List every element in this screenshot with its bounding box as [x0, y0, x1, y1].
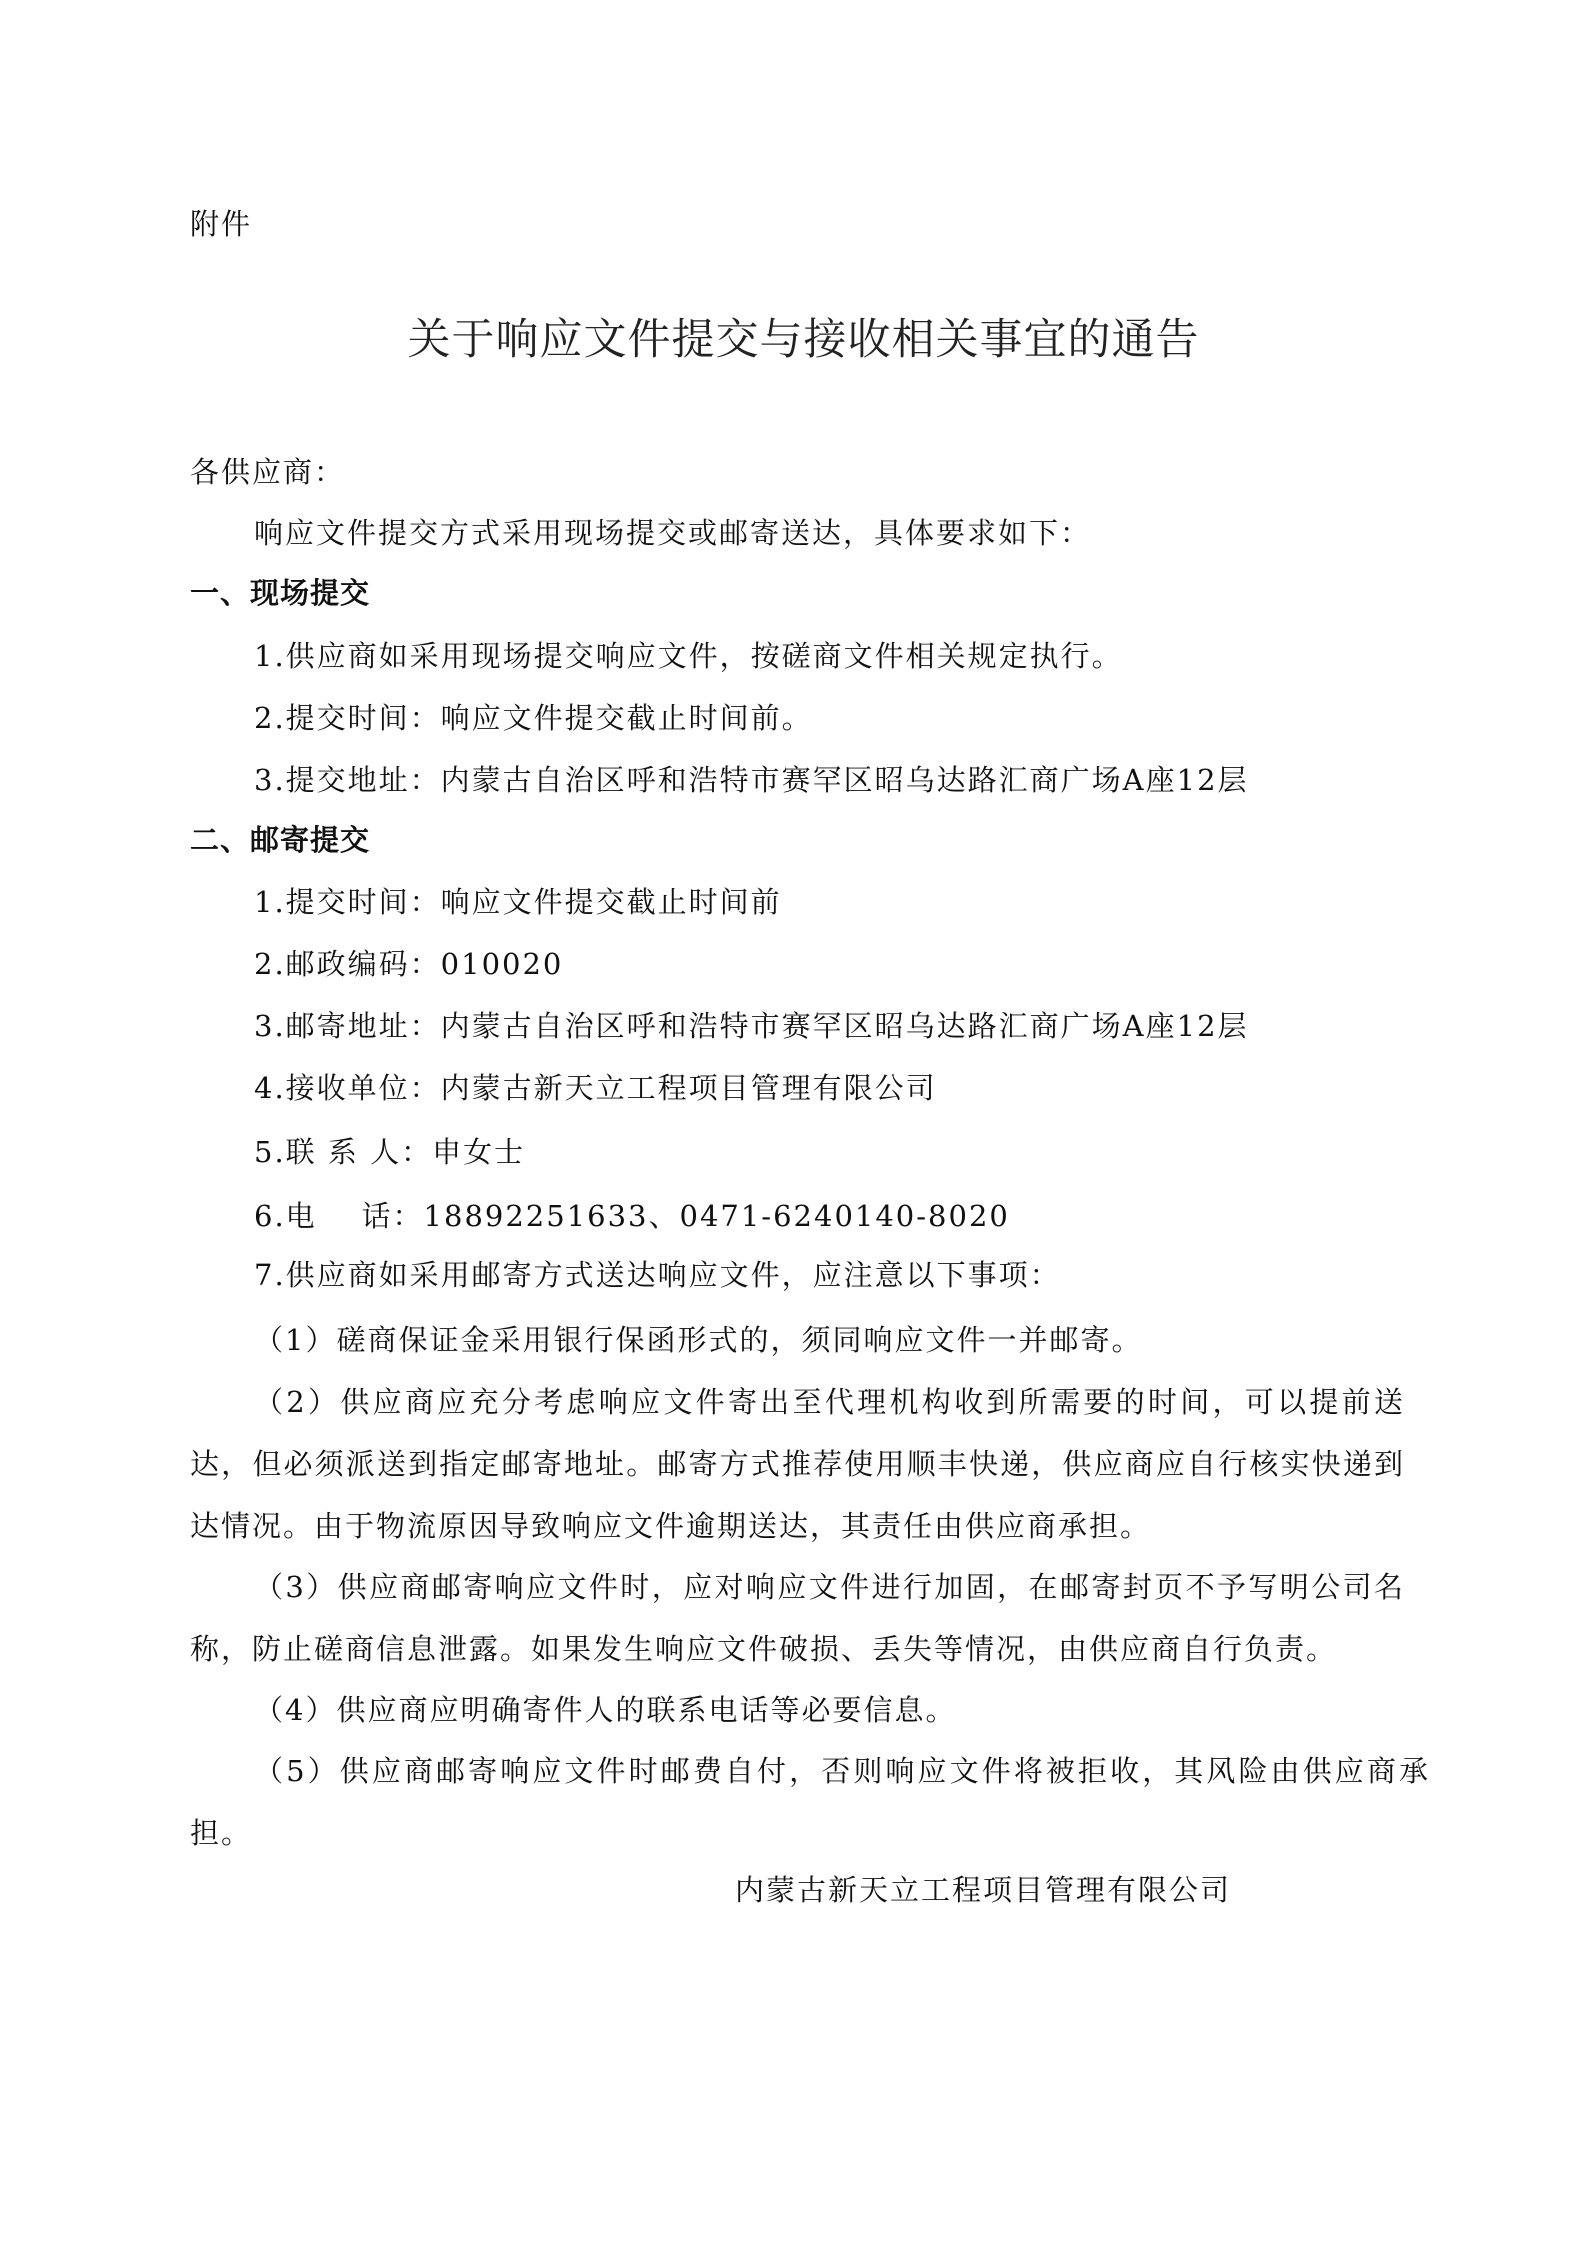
section-heading-onsite: 一、现场提交 [190, 573, 370, 613]
mail-note-1: （1）磋商保证金采用银行保函形式的，须同响应文件一并邮寄。 [190, 1309, 1405, 1371]
document-page: 附件 关于响应文件提交与接收相关事宜的通告 各供应商： 响应文件提交方式采用现场… [0, 0, 1587, 2245]
intro-paragraph: 响应文件提交方式采用现场提交或邮寄送达，具体要求如下： [254, 513, 1091, 553]
mail-note-5: （5）供应商邮寄响应文件时邮费自付，否则响应文件将被拒收，其风险由供应商承担。 [190, 1740, 1430, 1864]
onsite-item-2: 2.提交时间：响应文件提交截止时间前。 [254, 698, 813, 738]
mail-note-4: （4）供应商应明确寄件人的联系电话等必要信息。 [190, 1679, 1405, 1741]
mail-note-2: （2）供应商应充分考虑响应文件寄出至代理机构收到所需要的时间，可以提前送达，但必… [190, 1371, 1405, 1557]
onsite-item-1: 1.供应商如采用现场提交响应文件，按磋商文件相关规定执行。 [254, 636, 1123, 676]
mail-item-6: 6.电 话：18892251633、0471-6240140-8020 [254, 1196, 1010, 1236]
onsite-item-3: 3.提交地址：内蒙古自治区呼和浩特市赛罕区昭乌达路汇商广场A座12层 [254, 760, 1249, 800]
document-title: 关于响应文件提交与接收相关事宜的通告 [0, 312, 1587, 368]
salutation: 各供应商： [190, 452, 345, 492]
mail-item-1: 1.提交时间：响应文件提交截止时间前 [254, 882, 782, 922]
mail-item-7: 7.供应商如采用邮寄方式送达响应文件，应注意以下事项： [254, 1255, 1061, 1295]
section-heading-mail: 二、邮寄提交 [190, 820, 370, 860]
mail-item-2: 2.邮政编码：010020 [254, 944, 563, 984]
company-signature: 内蒙古新天立工程项目管理有限公司 [735, 1870, 1231, 1910]
mail-item-5: 5.联 系 人：申女士 [254, 1132, 525, 1172]
mail-note-3: （3）供应商邮寄响应文件时，应对响应文件进行加固，在邮寄封页不予写明公司名称，防… [190, 1556, 1405, 1680]
attachment-label: 附件 [190, 204, 252, 244]
mail-item-4: 4.接收单位：内蒙古新天立工程项目管理有限公司 [254, 1068, 937, 1108]
mail-item-3: 3.邮寄地址：内蒙古自治区呼和浩特市赛罕区昭乌达路汇商广场A座12层 [254, 1006, 1249, 1046]
